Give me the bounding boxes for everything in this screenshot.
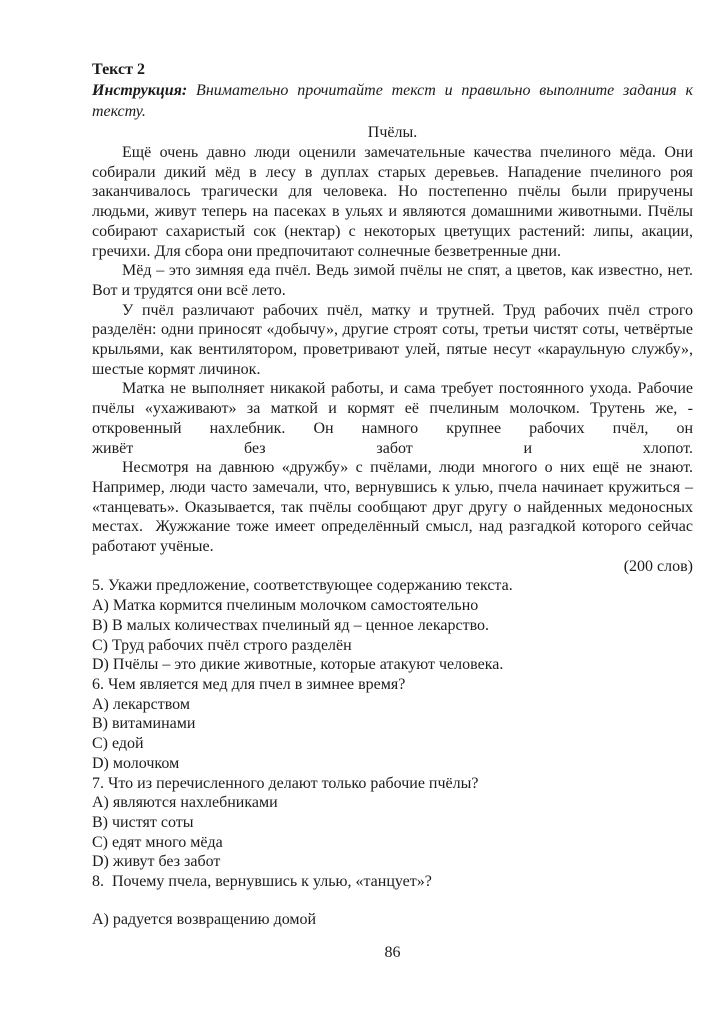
instruction-line: Инструкция: Внимательно прочитайте текст… [92,80,693,122]
question-8-option-a: А) радуется возвращению домой [92,910,693,930]
question-8: 8. Почему пчела, вернувшись к улью, «тан… [92,872,693,892]
page-content: Текст 2 Инструкция: Внимательно прочитай… [92,59,693,929]
story-paragraph-1: Ещё очень давно люди оценили замечательн… [92,143,693,261]
question-6-option-d: D) молочком [92,754,693,774]
story-paragraph-4-stretched-line: живёт без забот и хлопот. [92,439,693,459]
document-page: Текст 2 Инструкция: Внимательно прочитай… [0,0,725,1024]
question-5-option-d: D) Пчёлы – это дикие животные, которые а… [92,655,693,675]
question-6: 6. Чем является мед для пчел в зимнее вр… [92,675,693,695]
blank-line [92,892,693,910]
header-block: Текст 2 Инструкция: Внимательно прочитай… [92,59,693,143]
story-paragraph-5: Несмотря на давнюю «дружбу» с пчёлами, л… [92,458,693,557]
question-6-option-a: А) лекарством [92,695,693,715]
question-5-option-c: С) Труд рабочих пчёл строго разделён [92,636,693,656]
question-7-option-c: С) едят много мёда [92,833,693,853]
question-7: 7. Что из перечисленного делают только р… [92,774,693,794]
question-5: 5. Укажи предложение, соответствующее со… [92,576,693,596]
question-5-option-b: В) В малых количествах пчелиный яд – цен… [92,616,693,636]
page-number: 86 [92,944,693,962]
story-paragraph-2: Мёд – это зимняя еда пчёл. Ведь зимой пч… [92,261,693,300]
story-paragraph-3: У пчёл различают рабочих пчёл, матку и т… [92,301,693,380]
story-paragraph-4: Матка не выполняет никакой работы, и сам… [92,379,693,438]
story-title: Пчёлы. [92,122,693,143]
question-7-option-b: В) чистят соты [92,813,693,833]
word-count-note: (200 слов) [92,557,693,577]
question-7-option-d: D) живут без забот [92,852,693,872]
question-5-option-a: А) Матка кормится пчелиным молочком само… [92,596,693,616]
question-6-option-b: В) витаминами [92,714,693,734]
question-7-option-a: А) являются нахлебниками [92,793,693,813]
text-number-heading: Текст 2 [92,59,693,80]
question-6-option-c: С) едой [92,734,693,754]
instruction-label: Инструкция: [92,82,187,99]
